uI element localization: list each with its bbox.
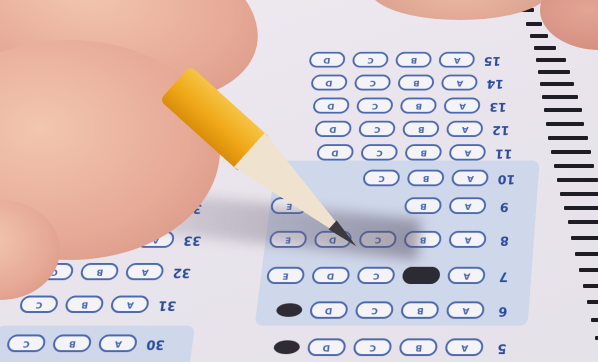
bubble-a[interactable]: A [443,98,480,114]
bubble-a[interactable]: A [446,301,485,318]
bubble-c[interactable]: C [356,267,395,284]
bubble-d[interactable]: D [311,267,350,284]
bubble-a[interactable]: A [448,197,486,214]
question-number: 13 [487,99,509,112]
bubble-b[interactable]: B [79,263,119,280]
bubble-a[interactable]: A [438,52,475,68]
bubble-b[interactable]: B [395,52,432,68]
bubble-b-filled[interactable]: B [402,267,441,284]
question-row-10: 10 A B C [362,170,518,187]
bubble-c[interactable]: C [354,75,392,91]
bubble-a[interactable]: A [449,144,487,160]
question-row-7: 7 A B C D E [266,267,515,284]
bubble-c[interactable]: C [356,98,394,114]
question-number: 31 [155,297,179,312]
bubble-a[interactable]: A [451,170,489,187]
bubble-c[interactable]: C [362,170,400,187]
question-row-12: 12 A B C D [314,121,512,137]
bubble-a[interactable]: A [448,231,487,248]
bubble-b[interactable]: B [404,197,442,214]
bubble-a[interactable]: A [98,334,139,352]
bubble-d[interactable]: D [312,98,350,114]
bubble-b[interactable]: B [400,98,438,114]
question-number: 30 [144,336,168,351]
bubble-b[interactable]: B [404,144,442,160]
question-number: 14 [484,76,506,89]
bubble-b[interactable]: B [52,334,93,352]
bubble-d[interactable]: D [308,52,346,68]
bubble-e[interactable]: E [266,267,305,284]
bubble-a[interactable]: A [445,338,484,356]
bubble-b[interactable]: B [407,170,445,187]
question-row-14: 14 A B C D [310,75,506,91]
bubble-c[interactable]: C [6,334,47,352]
bubble-d[interactable]: D [314,121,352,137]
question-row-6: 6 A B C D [275,301,514,318]
question-row-5: 5 A B C D [273,338,514,356]
question-number: 32 [170,264,194,278]
timing-marks [508,0,598,362]
question-row-13: 13 A B C D [312,98,509,114]
bubble-c[interactable]: C [355,301,394,318]
question-row-30: 30 A B C [6,334,168,352]
bubble-a[interactable]: A [447,267,486,284]
bubble-c[interactable]: C [358,121,396,137]
bubble-d[interactable]: D [309,301,349,318]
question-row-15: 15 A B C D [308,52,503,68]
photo-scene: 15 A B C D 14 A B C D 13 A B C D 12 A B … [0,0,598,362]
question-number: 15 [482,53,504,66]
bubble-b[interactable]: B [402,121,440,137]
filled-mark [273,340,301,354]
bubble-c[interactable]: C [360,144,398,160]
question-row-31: 31 A B C [19,296,180,313]
bubble-d[interactable]: D [316,144,354,160]
bubble-a[interactable]: A [125,263,165,280]
bubble-c[interactable]: C [19,296,60,313]
filled-mark [276,303,303,317]
bubble-b[interactable]: B [399,338,439,356]
bubble-b[interactable]: B [64,296,104,313]
bubble-d[interactable]: D [310,75,348,91]
bubble-c[interactable]: C [353,338,393,356]
bubble-a[interactable]: A [446,121,484,137]
bubble-d[interactable]: D [307,338,347,356]
bubble-a[interactable]: A [110,296,150,313]
question-row-32: 32 A B C [34,263,194,280]
bubble-a[interactable]: A [441,75,478,91]
question-row-11: 11 A B C D [316,144,515,160]
bubble-c[interactable]: C [352,52,389,68]
bubble-b[interactable]: B [400,301,439,318]
bubble-b[interactable]: B [397,75,434,91]
